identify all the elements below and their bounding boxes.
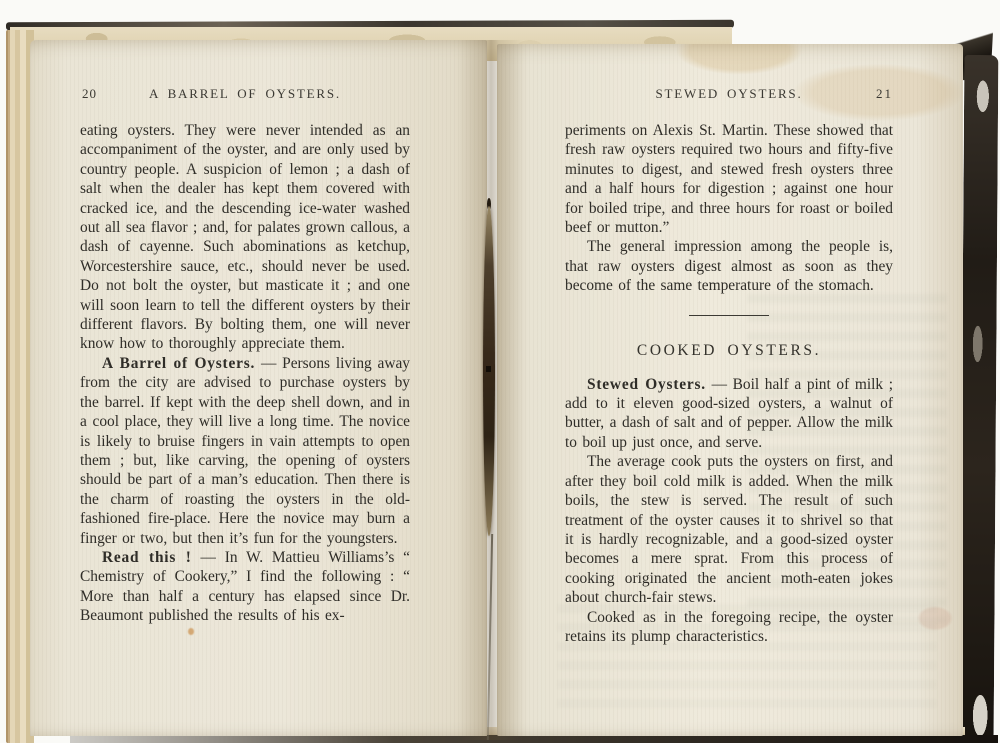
left-running-head: 20 A BARREL OF OYSTERS. [80, 86, 410, 104]
foxing-spot [188, 628, 194, 635]
paragraph: Stewed Oysters. — Boil half a pint of mi… [565, 375, 893, 453]
paragraph-lead: A Barrel of Oysters. [102, 355, 255, 372]
binding-slit [483, 206, 495, 536]
paragraph: The general impression among the people … [565, 237, 893, 295]
right-running-head: STEWED OYSTERS. 21 [565, 86, 893, 104]
right-page-paragraphs-bottom: Stewed Oysters. — Boil half a pint of mi… [565, 375, 893, 647]
right-page: STEWED OYSTERS. 21 periments on Alexis S… [497, 44, 963, 736]
right-page-number: 21 [876, 86, 893, 102]
paragraph-lead: Stewed Oysters. [587, 376, 706, 393]
worn-edge-right [960, 55, 999, 743]
paragraph: eating oysters. They were never intended… [80, 121, 410, 354]
right-running-title: STEWED OYSTERS. [565, 86, 893, 102]
paragraph-lead: Read this ! [102, 549, 192, 566]
paragraph: A Barrel of Oysters. — Persons living aw… [80, 354, 410, 548]
section-heading: COOKED OYSTERS. [565, 342, 893, 360]
paragraph: periments on Alexis St. Martin. These sh… [565, 121, 893, 237]
paragraph: Read this ! — In W. Mattieu Williams’s “… [80, 548, 410, 626]
left-page-paragraphs: eating oysters. They were never intended… [80, 121, 410, 626]
paragraph: The average cook puts the oysters on fir… [565, 452, 893, 607]
section-divider [689, 315, 769, 316]
book-cover-bottom-edge [70, 735, 998, 743]
left-page: 20 A BARREL OF OYSTERS. eating oysters. … [30, 40, 487, 736]
paragraph: Cooked as in the foregoing recipe, the o… [565, 608, 893, 647]
right-page-paragraphs-top: periments on Alexis St. Martin. These sh… [565, 121, 893, 296]
book-scan: 20 A BARREL OF OYSTERS. eating oysters. … [0, 0, 1000, 743]
left-running-title: A BARREL OF OYSTERS. [80, 86, 410, 102]
